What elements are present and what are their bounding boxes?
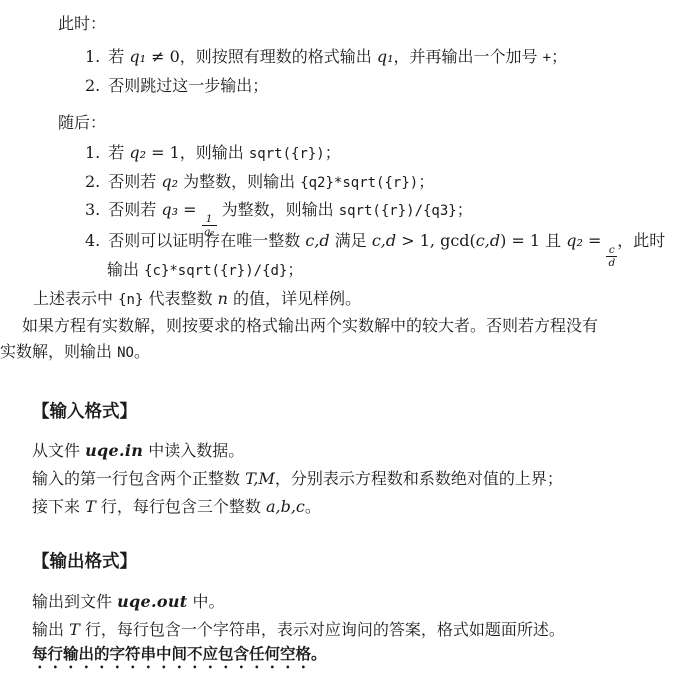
text-segment: q₁ [377,47,394,66]
text-segment: 中读入数据。 [143,441,244,460]
paragraph-suihou: 随后： [58,113,106,133]
text-segment: ≠ 0，则按照有理数的格式输出 [146,47,377,66]
paragraph-solution-rule-line1: 如果方程有实数解，则按要求的格式输出两个实数解中的较大者。否则若方程没有 [22,316,598,336]
code-text: + [543,50,551,66]
text-segment: q₂ [129,143,146,162]
list-item-number: 2. [85,76,100,96]
text-segment: q₁ [129,47,146,66]
text-segment: 行，每行包含一个字符串，表示对应询问的答案，格式如题面所述。 [80,620,565,639]
text-segment: uqe.out [117,592,187,611]
text-segment: 若 [108,47,129,66]
text-segment: = [178,200,202,219]
text-segment: 满足 [330,231,372,250]
text-segment: ，分别表示方程数和系数绝对值的上界； [275,469,563,488]
input-format-line: 从文件 uqe.in 中读入数据。 [32,441,244,461]
input-format-line: 接下来 T 行，每行包含三个整数 a,b,c。 [32,497,321,517]
text-segment: c,d [476,231,500,250]
code-text: {q2}*sqrt({r}) [300,175,418,191]
text-segment: 上述表示中 [33,289,118,308]
fraction: cd [606,244,617,269]
text-segment: ； [457,200,473,219]
text-segment: q₂ [161,172,178,191]
text-segment: ) = 1 且 [500,231,566,250]
text-segment: 否则若 [108,200,161,219]
text-segment: = [583,231,607,250]
text-segment: T [85,497,96,516]
text-segment: 否则跳过这一步输出； [108,76,268,95]
list-item: 1.若 q₁ ≠ 0，则按照有理数的格式输出 q₁，并再输出一个加号 +； [85,47,567,68]
text-segment: a,b,c [266,497,305,516]
text-segment: ； [325,143,341,162]
input-format-line: 输入的第一行包含两个正整数 T,M，分别表示方程数和系数绝对值的上界； [32,469,563,489]
text-segment: 行，每行包含三个整数 [96,497,266,516]
code-text: sqrt({r})/{q3} [339,203,457,219]
input-format-heading: 【输入格式】 [32,402,137,422]
text-segment: 若 [108,143,129,162]
list-item-text: 若 q₂ = 1，则输出 sqrt({r})； [108,143,340,162]
text-segment: 为整数，则输出 [178,172,300,191]
text-segment: ； [287,260,303,279]
text-segment: q₂ [566,231,583,250]
text-segment: 输出到文件 [32,592,117,611]
text-segment: ，此时 [617,231,665,250]
text-segment: 输出 [32,620,69,639]
problem-statement-page: 此时： 1.若 q₁ ≠ 0，则按照有理数的格式输出 q₁，并再输出一个加号 +… [0,0,693,693]
list-item-text: 否则可以证明存在唯一整数 c,d 满足 c,d > 1, gcd(c,d) = … [108,231,665,250]
text-segment: 否则可以证明存在唯一整数 [108,231,305,250]
text-segment: 接下来 [32,497,85,516]
text-segment: 否则若 [108,172,161,191]
list-item-text: 否则若 q₃ = 1q₂ 为整数，则输出 sqrt({r})/{q3}； [108,200,472,219]
text-segment: 输入的第一行包含两个正整数 [32,469,245,488]
code-text: NO [117,345,134,361]
text-segment: q₃ [161,200,178,219]
list-item-text: 若 q₁ ≠ 0，则按照有理数的格式输出 q₁，并再输出一个加号 +； [108,47,567,66]
text-segment: 。 [134,342,150,361]
list-item: 2.否则若 q₂ 为整数，则输出 {q2}*sqrt({r})； [85,172,434,193]
text-segment: = 1，则输出 [146,143,249,162]
output-format-emphasis-line: 每行输出的字符串中间不应包含任何空格。 [32,644,327,672]
list-item-number: 1. [85,47,100,67]
text-segment: c,d [305,231,329,250]
code-text: {c}*sqrt({r})/{d} [144,263,287,279]
text-segment: 如果方程有实数解，则按要求的格式输出两个实数解中的较大者。否则若方程没有 [22,316,598,335]
text-segment: ； [418,172,434,191]
text-segment: 的值，详见样例。 [228,289,361,308]
text-segment: 代表整数 [143,289,217,308]
text-segment: 输出 [107,260,144,279]
text-segment: T [69,620,80,639]
list-item-text: 否则若 q₂ 为整数，则输出 {q2}*sqrt({r})； [108,172,434,191]
list-item-number: 4. [85,231,100,251]
text-segment: uqe.in [85,441,143,460]
list-item-number: 2. [85,172,100,192]
text-segment: c,d [372,231,396,250]
list-item-continuation: 输出 {c}*sqrt({r})/{d}； [107,260,303,281]
text-segment: 从文件 [32,441,85,460]
text-segment: T,M [245,469,275,488]
text-segment: 实数解，则输出 [0,342,117,361]
output-format-line: 输出 T 行，每行包含一个字符串，表示对应询问的答案，格式如题面所述。 [32,620,565,640]
list-item-text: 否则跳过这一步输出； [108,76,268,95]
text-segment: 此时： [58,14,106,33]
list-item-number: 3. [85,200,100,220]
text-segment: 。 [305,497,321,516]
text-segment: 为整数，则输出 [217,200,339,219]
output-format-line: 输出到文件 uqe.out 中。 [32,592,225,612]
paragraph-notation-note: 上述表示中 {n} 代表整数 n 的值，详见样例。 [33,289,361,310]
paragraph-cishi: 此时： [58,14,106,34]
code-text: sqrt({r}) [249,146,325,162]
output-format-heading: 【输出格式】 [32,552,137,572]
paragraph-solution-rule-line2: 实数解，则输出 NO。 [0,342,150,363]
text-segment: ； [551,47,567,66]
list-item: 1.若 q₂ = 1，则输出 sqrt({r})； [85,143,341,164]
list-item: 2.否则跳过这一步输出； [85,76,268,96]
text-segment: n [218,289,228,308]
code-text: {n} [118,292,143,308]
text-segment: ，并再输出一个加号 [394,47,543,66]
list-item-number: 1. [85,143,100,163]
text-segment: > 1, gcd( [396,231,476,250]
text-segment: 中。 [187,592,224,611]
text-segment: 随后： [58,113,106,132]
